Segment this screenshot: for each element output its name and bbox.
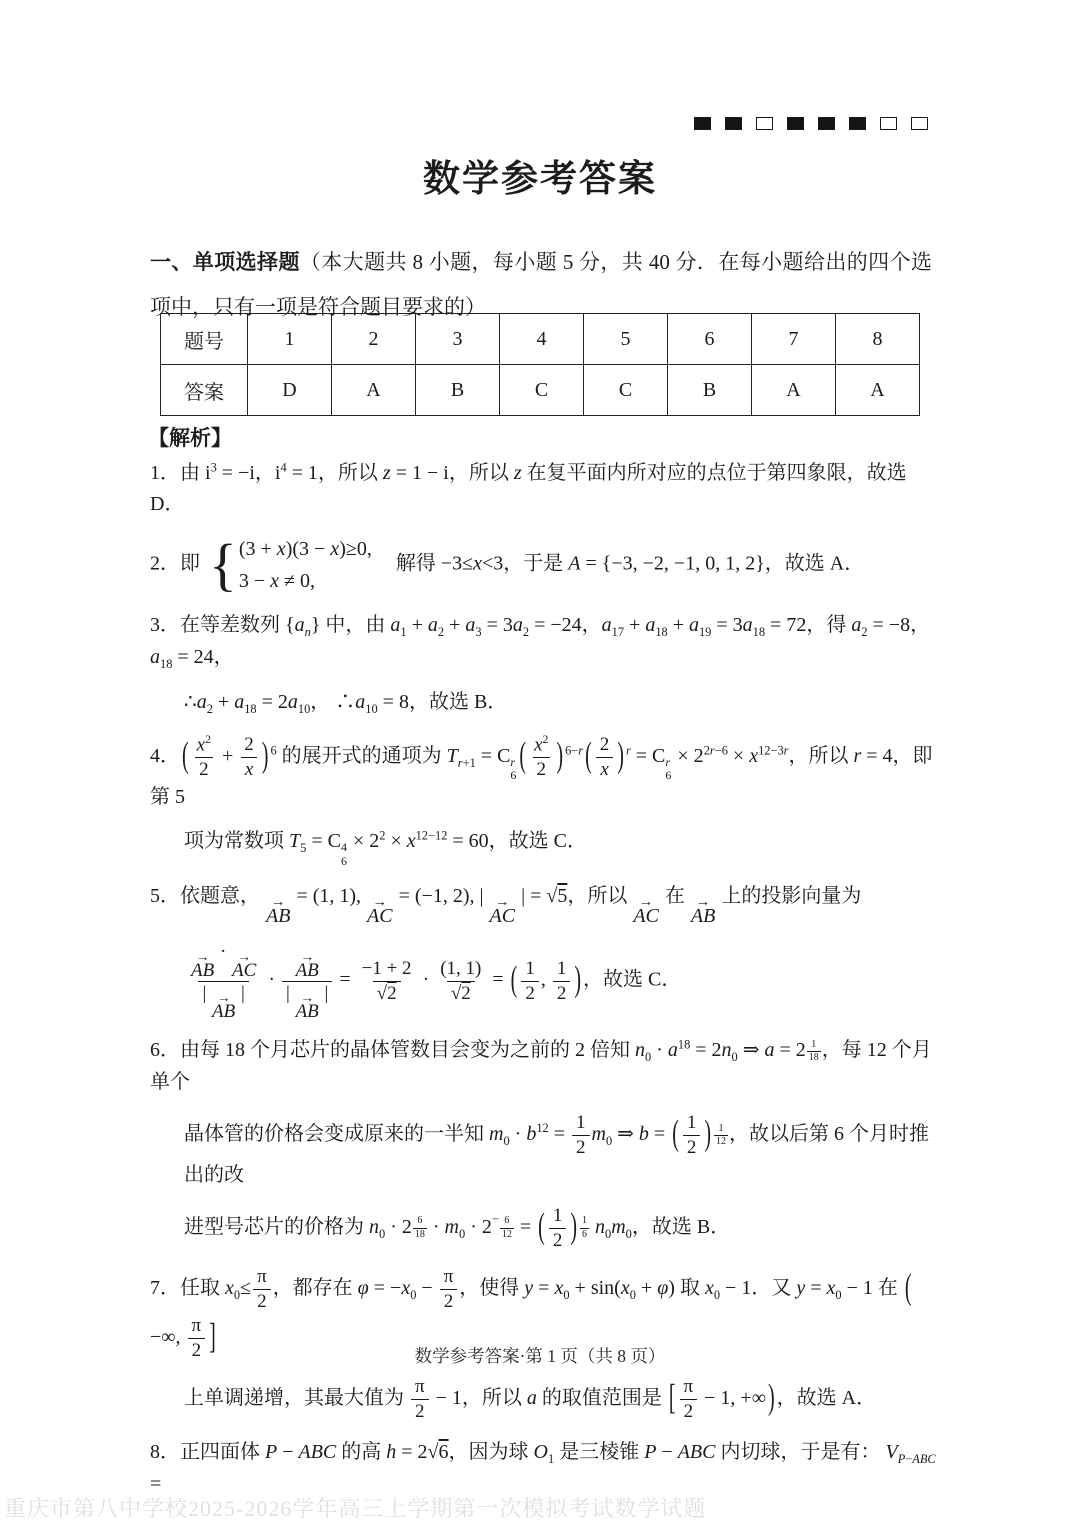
number-cell: 3 [416,314,500,365]
solution-line: 5．依题意， →AB = (1, 1), →AC = (−1, 2), | →A… [150,881,940,927]
section-heading-bold: 一、单项选择题 [150,251,300,274]
solution-line: 1．由 i3 = −i，i4 = 1，所以 z = 1 − i，所以 z 在复平… [150,458,940,520]
number-cell: 1 [248,314,332,365]
answer-cell: A [836,365,920,416]
row-label-answers: 答案 [161,365,248,416]
number-cell: 8 [836,314,920,365]
empty-square-icon [880,117,897,130]
page-footer: 数学参考答案·第 1 页（共 8 页） [0,1343,1080,1368]
solution-line: 8．正四面体 P − ABC 的高 h = 2√6，因为球 O1 是三棱锥 P … [150,1437,940,1500]
number-cell: 4 [500,314,584,365]
solution: 3．在等差数列 {an} 中，由 a1 + a2 + a3 = 3a2 = −2… [150,610,940,720]
solution: 6．由每 18 个月芯片的晶体管数目会变为之前的 2 倍知 n0 · a18 =… [150,1035,940,1252]
solution-line: 上单调递增，其最大值为 π2 − 1，所以 a 的取值范围是 [π2 − 1, … [150,1375,940,1424]
solution-line: 3．在等差数列 {an} 中，由 a1 + a2 + a3 = 3a2 = −2… [150,610,940,674]
analysis-label: 【解析】 [148,422,232,452]
solution: 2．即 {(3 + x)(3 − x)≥0,3 − x ≠ 0, 解得 −3≤x… [150,533,940,597]
number-cell: 6 [668,314,752,365]
filled-square-icon [818,117,835,130]
answer-key-page: 数学参考答案 一、单项选择题（本大题共 8 小题，每小题 5 分，共 40 分．… [0,0,1080,1527]
answer-table: 题号 1 2 3 4 5 6 7 8 答案 D A B C C B A A [160,313,920,416]
answer-cell: A [752,365,836,416]
filled-square-icon [694,117,711,130]
number-cell: 5 [584,314,668,365]
number-cell: 2 [332,314,416,365]
number-cell: 7 [752,314,836,365]
solution-line: 晶体管的价格会变成原来的一半知 m0 · b12 = 12m0 ⇒ b = (1… [150,1111,940,1191]
solution-line: 6．由每 18 个月芯片的晶体管数目会变为之前的 2 倍知 n0 · a18 =… [150,1035,940,1098]
solution-line: ∴a2 + a18 = 2a10， ∴a10 = 8，故选 B． [150,687,940,719]
solution: 1．由 i3 = −i，i4 = 1，所以 z = 1 − i，所以 z 在复平… [150,458,940,520]
solution-line: 2．即 {(3 + x)(3 − x)≥0,3 − x ≠ 0, 解得 −3≤x… [150,533,940,597]
solution-line: 项为常数项 T5 = C46 × 22 × x12−12 = 60，故选 C． [150,826,940,868]
answer-cell: A [332,365,416,416]
solution: 8．正四面体 P − ABC 的高 h = 2√6，因为球 O1 是三棱锥 P … [150,1437,940,1500]
solution-line: →AB · →AC| →AB | · →AB| →AB | = −1 + 2√2… [150,940,940,1022]
watermark-text: 重庆市第八中学校2025-2026学年高三上学期第一次模拟考试数学试题 [4,1492,706,1523]
row-label-numbers: 题号 [161,314,248,365]
page-title: 数学参考答案 [0,148,1080,202]
filled-square-icon [787,117,804,130]
answer-table-row-answers: 答案 D A B C C B A A [161,365,920,416]
answer-table-row-numbers: 题号 1 2 3 4 5 6 7 8 [161,314,920,365]
filled-square-icon [849,117,866,130]
solution: 5．依题意， →AB = (1, 1), →AC = (−1, 2), | →A… [150,881,940,1022]
answer-cell: B [416,365,500,416]
answer-cell: C [500,365,584,416]
answer-cell: D [248,365,332,416]
empty-square-icon [756,117,773,130]
empty-square-icon [911,117,928,130]
corner-squares [694,117,928,130]
answer-cell: C [584,365,668,416]
filled-square-icon [725,117,742,130]
solution: 4．(x22 + 2x)6 的展开式的通项为 Tr+1 = Cr6(x22)6−… [150,733,940,868]
solution-line: 4．(x22 + 2x)6 的展开式的通项为 Tr+1 = Cr6(x22)6−… [150,733,940,814]
solution-line: 进型号芯片的价格为 n0 · 2618 · m0 · 2−612 = (12)1… [150,1204,940,1253]
answer-cell: B [668,365,752,416]
